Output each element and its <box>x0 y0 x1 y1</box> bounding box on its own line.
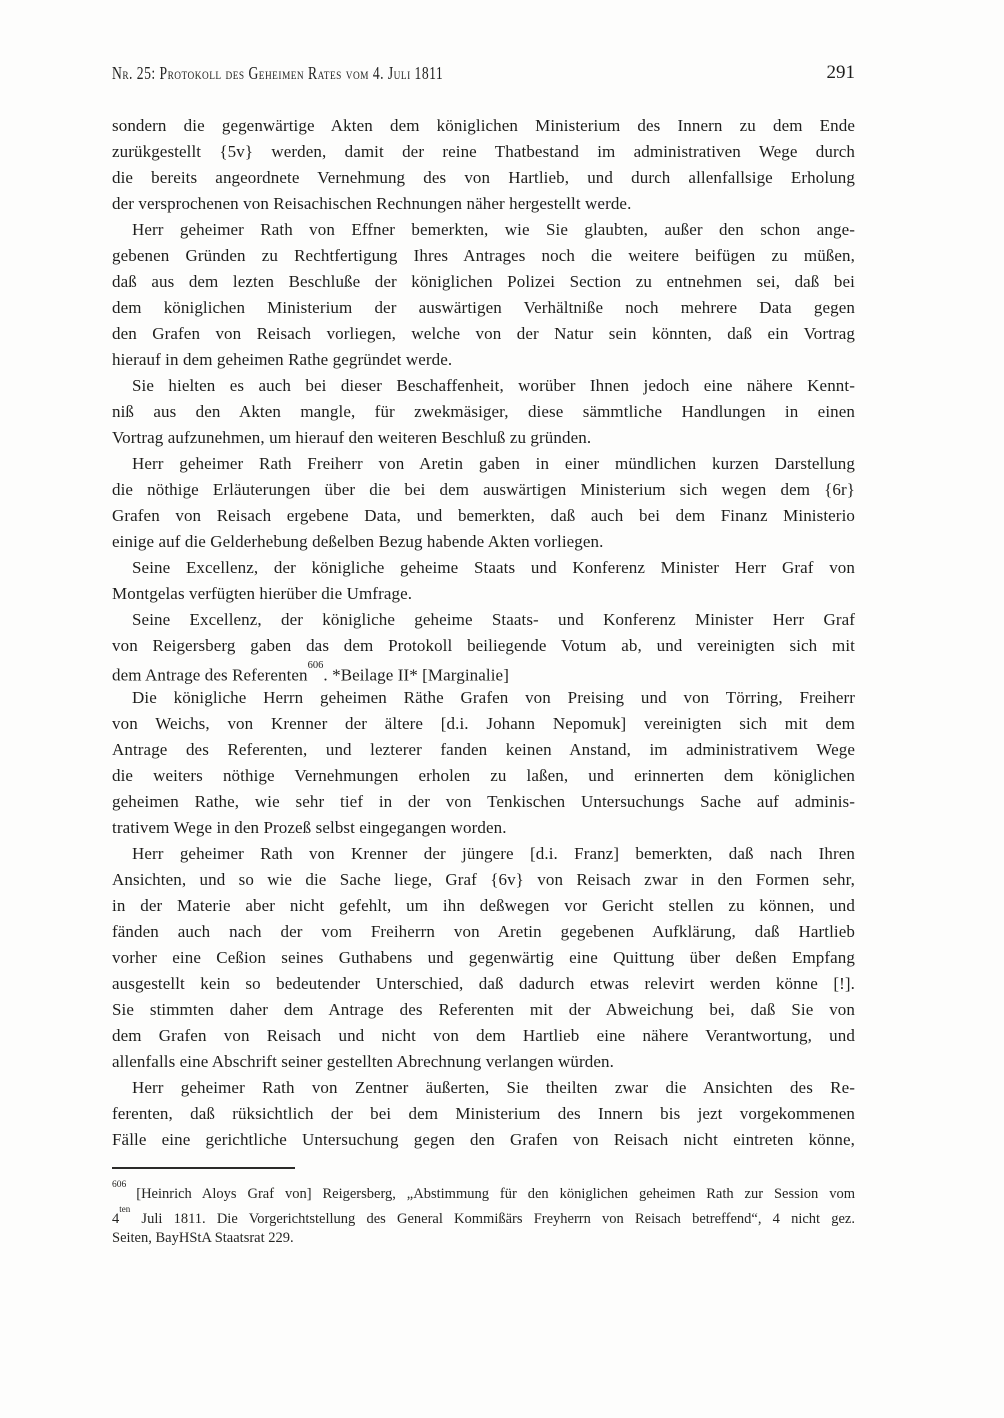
running-title: Nr. 25: Protokoll des Geheimen Rates vom… <box>112 63 443 84</box>
text-line: von Reigersberg gaben das dem Protokoll … <box>112 633 855 659</box>
text-line: die bereits angeordnete Vernehmung des v… <box>112 165 855 191</box>
text-line: Vortrag aufzunehmen, um hierauf den weit… <box>112 425 855 451</box>
text-line: einige auf die Gelderhebung deßelben Bez… <box>112 529 855 555</box>
text-line: Montgelas verfügten hierüber die Umfrage… <box>112 581 855 607</box>
text-line: geheimen Rathe, wie sehr tief in der von… <box>112 789 855 815</box>
book-page: Nr. 25: Protokoll des Geheimen Rates vom… <box>0 0 1004 1418</box>
text-line: Seine Excellenz, der königliche geheime … <box>112 555 855 581</box>
text-line: niß aus den Akten mangle, für zwekmäsige… <box>112 399 855 425</box>
text-line: Ansichten, und so wie die Sache liege, G… <box>112 867 855 893</box>
text-line: dem königlichen Ministerium der auswärti… <box>112 295 855 321</box>
footnote-area: 606[Heinrich Aloys Graf von] Reigersberg… <box>112 1167 855 1250</box>
footnote-line: 4ten Juli 1811. Die Vorgerichtstellung d… <box>112 1202 855 1226</box>
text-line: ausgestellt kein so bedeutender Untersch… <box>112 971 855 997</box>
text-line: Die königliche Herrn geheimen Räthe Graf… <box>112 685 855 711</box>
text-line: dem Grafen von Reisach und nicht von dem… <box>112 1023 855 1049</box>
text-line: Herr geheimer Rath Freiherr von Aretin g… <box>112 451 855 477</box>
footnote-text: Juli 1811. Die Vorgerichtstellung des Ge… <box>130 1211 855 1227</box>
main-text-block: sondern die gegenwärtige Akten dem könig… <box>112 113 855 1153</box>
text-line: Grafen von Reisach ergebene Data, und be… <box>112 503 855 529</box>
text-line: zurükgestellt {5v} werden, damit der rei… <box>112 139 855 165</box>
text-line: gebenen Gründen zu Rechtfertigung Ihres … <box>112 243 855 269</box>
ordinal-superscript: ten <box>119 1204 130 1214</box>
text-line: Herr geheimer Rath von Krenner der jünge… <box>112 841 855 867</box>
text-line: in der Materie aber nicht gefehlt, um ih… <box>112 893 855 919</box>
text-line: daß aus dem lezten Beschluße der königli… <box>112 269 855 295</box>
text-after-footnote-ref: . *Beilage II* [Marginalie] <box>323 666 509 685</box>
text-line: ferenten, daß rüksichtlich der bei dem M… <box>112 1101 855 1127</box>
footnote-line: 606[Heinrich Aloys Graf von] Reigersberg… <box>112 1178 855 1202</box>
text-line: Sie hielten es auch bei dieser Beschaffe… <box>112 373 855 399</box>
page-number: 291 <box>827 62 856 84</box>
text-line: Herr geheimer Rath von Effner bemerkten,… <box>112 217 855 243</box>
text-line: allenfalls eine Abschrift seiner gestell… <box>112 1049 855 1075</box>
text-line: vorher eine Ceßion seines Guthabens und … <box>112 945 855 971</box>
text-line: Herr geheimer Rath von Zentner äußerten,… <box>112 1075 855 1101</box>
text-line: Seine Excellenz, der königliche geheime … <box>112 607 855 633</box>
text-line: Fälle eine gerichtliche Untersuchung geg… <box>112 1127 855 1153</box>
text-line: die nöthige Erläuterungen über die bei d… <box>112 477 855 503</box>
footnote-separator-rule <box>112 1167 295 1169</box>
text-line-with-footnote-ref: dem Antrage des Referenten606. *Beilage … <box>112 659 855 685</box>
footnote-number: 606 <box>112 1180 126 1190</box>
text-line: den Grafen von Reisach vorliegen, welche… <box>112 321 855 347</box>
text-line: trativem Wege in den Prozeß selbst einge… <box>112 815 855 841</box>
text-line: hierauf in dem geheimen Rathe gegründet … <box>112 347 855 373</box>
running-header: Nr. 25: Protokoll des Geheimen Rates vom… <box>112 63 855 89</box>
footnote-ref-marker: 606 <box>308 660 324 671</box>
text-line: Antrage des Referenten, und lezterer fan… <box>112 737 855 763</box>
text-line: von Weichs, von Krenner der ältere [d.i.… <box>112 711 855 737</box>
text-line: die weiters nöthige Vernehmungen erholen… <box>112 763 855 789</box>
footnote-text: [Heinrich Aloys Graf von] Reigersberg, „… <box>136 1186 855 1202</box>
footnote-line: Seiten, BayHStA Staatsrat 229. <box>112 1226 855 1250</box>
text-line: sondern die gegenwärtige Akten dem könig… <box>112 113 855 139</box>
text-before-footnote-ref: dem Antrage des Referenten <box>112 666 308 685</box>
text-line: der versprochenen von Reisachischen Rech… <box>112 191 855 217</box>
text-line: fänden auch nach der vom Freiherrn von A… <box>112 919 855 945</box>
text-line: Sie stimmten daher dem Antrage des Refer… <box>112 997 855 1023</box>
